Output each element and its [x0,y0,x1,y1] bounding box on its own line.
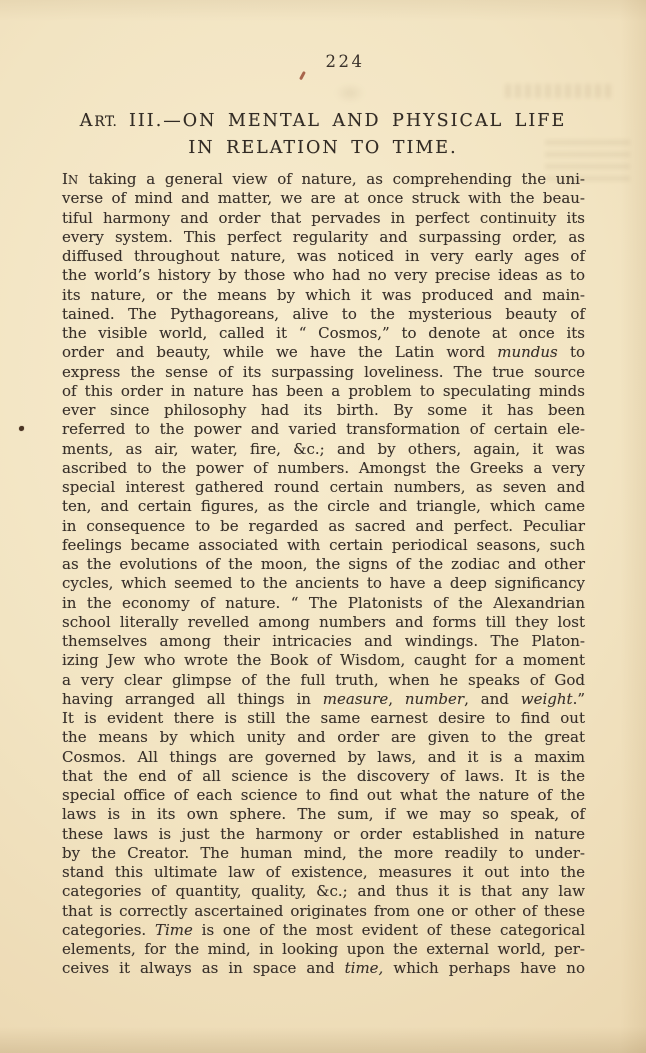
body-line: Cosmos. All things are governed by laws,… [62,748,585,767]
article-title-line1: Art. III.—ON MENTAL AND PHYSICAL LIFE [0,108,646,135]
body-line: these laws is just the harmony or order … [62,825,585,844]
scanned-page: 224 Art. III.—ON MENTAL AND PHYSICAL LIF… [0,0,646,1053]
body-line: a very clear glimpse of the full truth, … [62,671,585,690]
body-line: its nature, or the means by which it was… [62,286,585,305]
body-line: diffused throughout nature, was noticed … [62,247,585,266]
body-line: ever since philosophy had its birth. By … [62,401,585,420]
body-line: the means by which unity and order are g… [62,728,585,747]
body-line: every system. This perfect regularity an… [62,228,585,247]
body-line: special office of each science to find o… [62,786,585,805]
body-line: categories. Time is one of the most evid… [62,921,585,940]
body-line: referred to the power and varied transfo… [62,420,585,439]
article-title: Art. III.—ON MENTAL AND PHYSICAL LIFE IN… [0,108,646,161]
body-line: stand this ultimate law of existence, me… [62,863,585,882]
body-line: express the sense of its surpassing love… [62,363,585,382]
body-line: feelings became associated with certain … [62,536,585,555]
body-line: by the Creator. The human mind, the more… [62,844,585,863]
body-line: In taking a general view of nature, as c… [62,170,585,189]
show-through-smudge [330,80,370,106]
body-line: tained. The Pythagoreans, alive to the m… [62,305,585,324]
body-line: verse of mind and matter, we are at once… [62,189,585,208]
body-line: in the economy of nature. “ The Platonis… [62,594,585,613]
article-title-line2: IN RELATION TO TIME. [0,135,646,161]
ink-speck [19,426,24,431]
show-through-smudge [505,84,615,98]
body-line: ceives it always as in space and time, w… [62,959,585,978]
body-line: school literally revelled among numbers … [62,613,585,632]
body-line: having arranged all things in measure, n… [62,690,585,709]
body-line: ten, and certain figures, as the circle … [62,497,585,516]
body-line: ascribed to the power of numbers. Amongs… [62,459,585,478]
body-line: special interest gathered round certain … [62,478,585,497]
body-text: In taking a general view of nature, as c… [62,170,585,979]
body-line: themselves among their intricacies and w… [62,632,585,651]
body-line: that the end of all science is the disco… [62,767,585,786]
body-line: izing Jew who wrote the Book of Wisdom, … [62,651,585,670]
body-line: It is evident there is still the same ea… [62,709,585,728]
body-line: the visible world, called it “ Cosmos,” … [62,324,585,343]
body-line: order and beauty, while we have the Lati… [62,343,585,362]
body-line: ments, as air, water, fire, &c.; and by … [62,440,585,459]
body-line: the world’s history by those who had no … [62,266,585,285]
body-line: categories of quantity, quality, &c.; an… [62,882,585,901]
body-line: of this order in nature has been a probl… [62,382,585,401]
body-line: cycles, which seemed to the ancients to … [62,574,585,593]
body-line: as the evolutions of the moon, the signs… [62,555,585,574]
body-line: elements, for the mind, in looking upon … [62,940,585,959]
body-line: laws is in its own sphere. The sum, if w… [62,805,585,824]
pen-mark [299,71,305,80]
body-line: tiful harmony and order that pervades in… [62,209,585,228]
body-line: in consequence to be regarded as sacred … [62,517,585,536]
body-line: that is correctly ascertained originates… [62,902,585,921]
page-number: 224 [22,52,646,71]
